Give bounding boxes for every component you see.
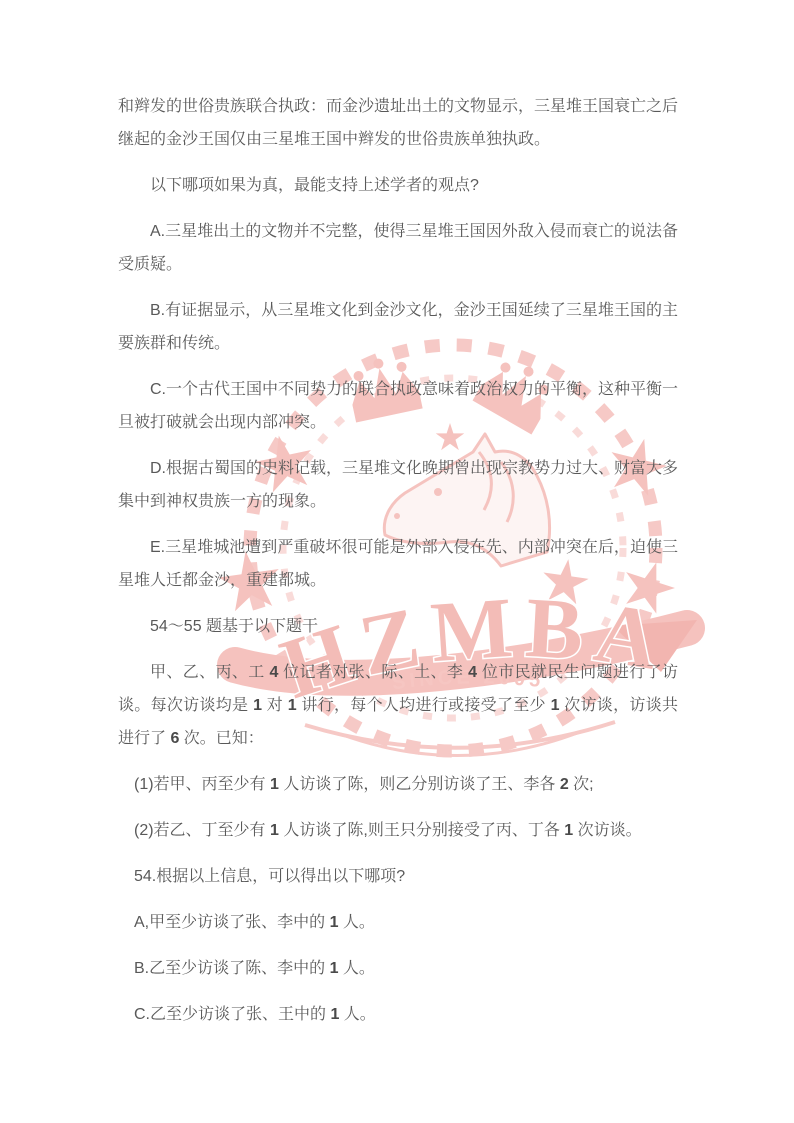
text-segment: 1 — [564, 822, 573, 839]
text-segment: 次。已知： — [179, 730, 263, 747]
text-segment: B.有证据显示，从三星堆文化到金沙文化，金沙王国延续了三星堆王国的主要族群和传统… — [118, 302, 678, 352]
exam-document-page: HZMBA SINCE 2005 和辫发的世俗贵族联合执政：而金沙遗址出土的文物… — [0, 0, 794, 1123]
q53-option-c: C.一个古代王国中不同势力的联合执政意味着政治权力的平衡，这种平衡一旦被打破就会… — [118, 373, 678, 439]
text-segment: 1 — [270, 822, 279, 839]
text-segment: 次访谈。 — [573, 822, 641, 839]
text-segment: 甲、乙、丙、工 — [150, 664, 269, 681]
text-segment: 讲行，每个人均进行或接受了至少 — [297, 697, 551, 714]
q53-option-e: E.三星堆城池遭到严重破坏很可能是外部入侵在先、内部冲突在后，迫使三星堆人迁都金… — [118, 531, 678, 597]
text-segment: 人访谈了陈，则乙分别访谈了王、李各 — [279, 776, 560, 793]
text-segment: 54.根据以上信息，可以得出以下哪项? — [134, 868, 405, 885]
text-segment: 1 — [288, 697, 297, 714]
text-segment: C.一个古代王国中不同势力的联合执政意味着政治权力的平衡，这种平衡一旦被打破就会… — [118, 381, 678, 431]
text-segment: 对 — [262, 697, 288, 714]
condition-1: (1)若甲、丙至少有 1 人访谈了陈，则乙分别访谈了王、李各 2 次; — [118, 768, 678, 801]
text-segment: E.三星堆城池遭到严重破坏很可能是外部入侵在先、内部冲突在后，迫使三星堆人迁都金… — [118, 539, 678, 589]
condition-2: (2)若乙、丁至少有 1 人访谈了陈,则王只分别接受了丙、丁各 1 次访谈。 — [118, 814, 678, 847]
q53-prompt: 以下哪项如果为真，最能支持上述学者的观点? — [118, 169, 678, 202]
intro-paragraph: 和辫发的世俗贵族联合执政：而金沙遗址出土的文物显示，三星堆王国衰亡之后继起的金沙… — [118, 90, 678, 156]
q53-option-a: A.三星堆出土的文物并不完整，使得三星堆王国因外敌入侵而衰亡的说法备受质疑。 — [118, 215, 678, 281]
text-segment: 1 — [253, 697, 262, 714]
q54-prompt: 54.根据以上信息，可以得出以下哪项? — [118, 860, 678, 893]
q54-option-a: A,甲至少访谈了张、李中的 1 人。 — [118, 906, 678, 939]
text-segment: 人。 — [338, 960, 374, 977]
question-stem: 甲、乙、丙、工 4 位记者对张、际、土、李 4 位市民就民生问题进行了访谈。每次… — [118, 656, 678, 755]
text-segment: 人访谈了陈,则王只分别接受了丙、丁各 — [279, 822, 564, 839]
text-segment: D.根据古蜀国的史料记载，三星堆文化晚期曾出现宗教势力过大、财富大多集中到神权贵… — [118, 460, 678, 510]
text-segment: 位记者对张、际、土、李 — [278, 664, 468, 681]
q54-option-b: B.乙至少访谈了陈、李中的 1 人。 — [118, 952, 678, 985]
text-segment: 以下哪项如果为真，最能支持上述学者的观点? — [150, 177, 479, 194]
section-header-54-55: 54～55 题基于以下题干 — [118, 610, 678, 643]
document-body: 和辫发的世俗贵族联合执政：而金沙遗址出土的文物显示，三星堆王国衰亡之后继起的金沙… — [118, 90, 678, 1044]
text-segment: 和辫发的世俗贵族联合执政：而金沙遗址出土的文物显示，三星堆王国衰亡之后继起的金沙… — [118, 98, 678, 148]
q54-option-c: C.乙至少访谈了张、王中的 1 人。 — [118, 998, 678, 1031]
text-segment: C.乙至少访谈了张、王中的 — [134, 1006, 330, 1023]
q53-option-b: B.有证据显示，从三星堆文化到金沙文化，金沙王国延续了三星堆王国的主要族群和传统… — [118, 294, 678, 360]
text-segment: 人。 — [339, 1006, 375, 1023]
text-segment: (1)若甲、丙至少有 — [134, 776, 270, 793]
text-segment: 次; — [569, 776, 594, 793]
text-segment: B.乙至少访谈了陈、李中的 — [134, 960, 330, 977]
text-segment: 2 — [560, 776, 569, 793]
text-segment: 4 — [468, 664, 477, 681]
text-segment: 1 — [270, 776, 279, 793]
q53-option-d: D.根据古蜀国的史料记载，三星堆文化晚期曾出现宗教势力过大、财富大多集中到神权贵… — [118, 452, 678, 518]
text-segment: 人。 — [338, 914, 374, 931]
text-segment: A.三星堆出土的文物并不完整，使得三星堆王国因外敌入侵而衰亡的说法备受质疑。 — [118, 223, 678, 273]
text-segment: 54～55 题基于以下题干 — [150, 618, 318, 635]
text-segment: (2)若乙、丁至少有 — [134, 822, 270, 839]
text-segment: A,甲至少访谈了张、李中的 — [134, 914, 330, 931]
